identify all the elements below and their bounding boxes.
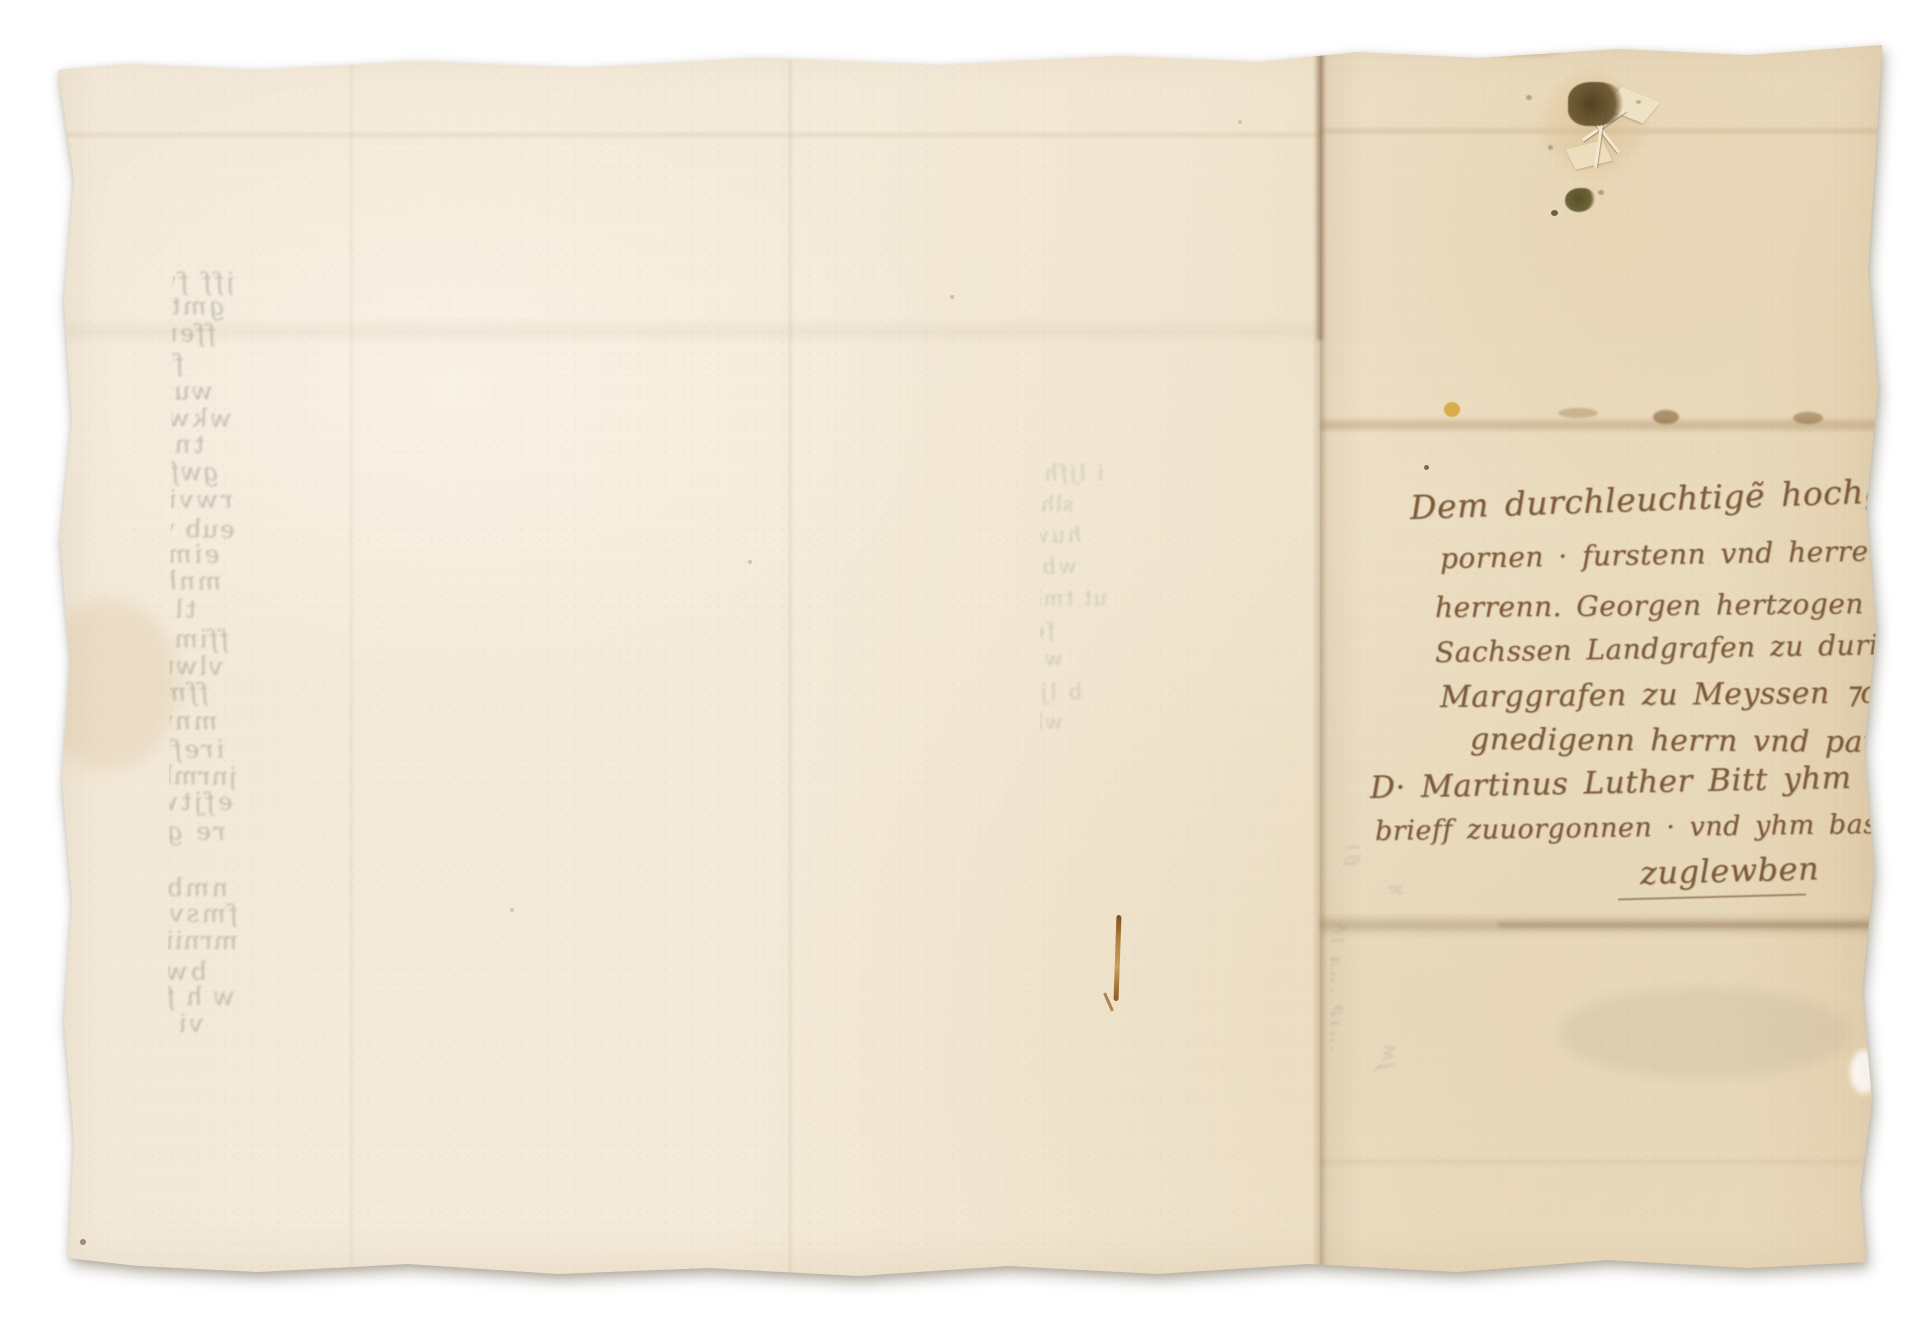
paper-edge-vignette <box>58 40 1882 1276</box>
top-edge-stain <box>1476 36 1568 56</box>
letter-paper: jff fwheiwmk nbiwtlf hihk smwmw vlimlev … <box>58 40 1882 1276</box>
paper-shadow-wrap: jff fwheiwmk nbiwtlf hihk smwmw vlimlev … <box>0 0 1920 1331</box>
photograph-stage: jff fwheiwmk nbiwtlf hihk smwmw vlimlev … <box>0 0 1920 1331</box>
